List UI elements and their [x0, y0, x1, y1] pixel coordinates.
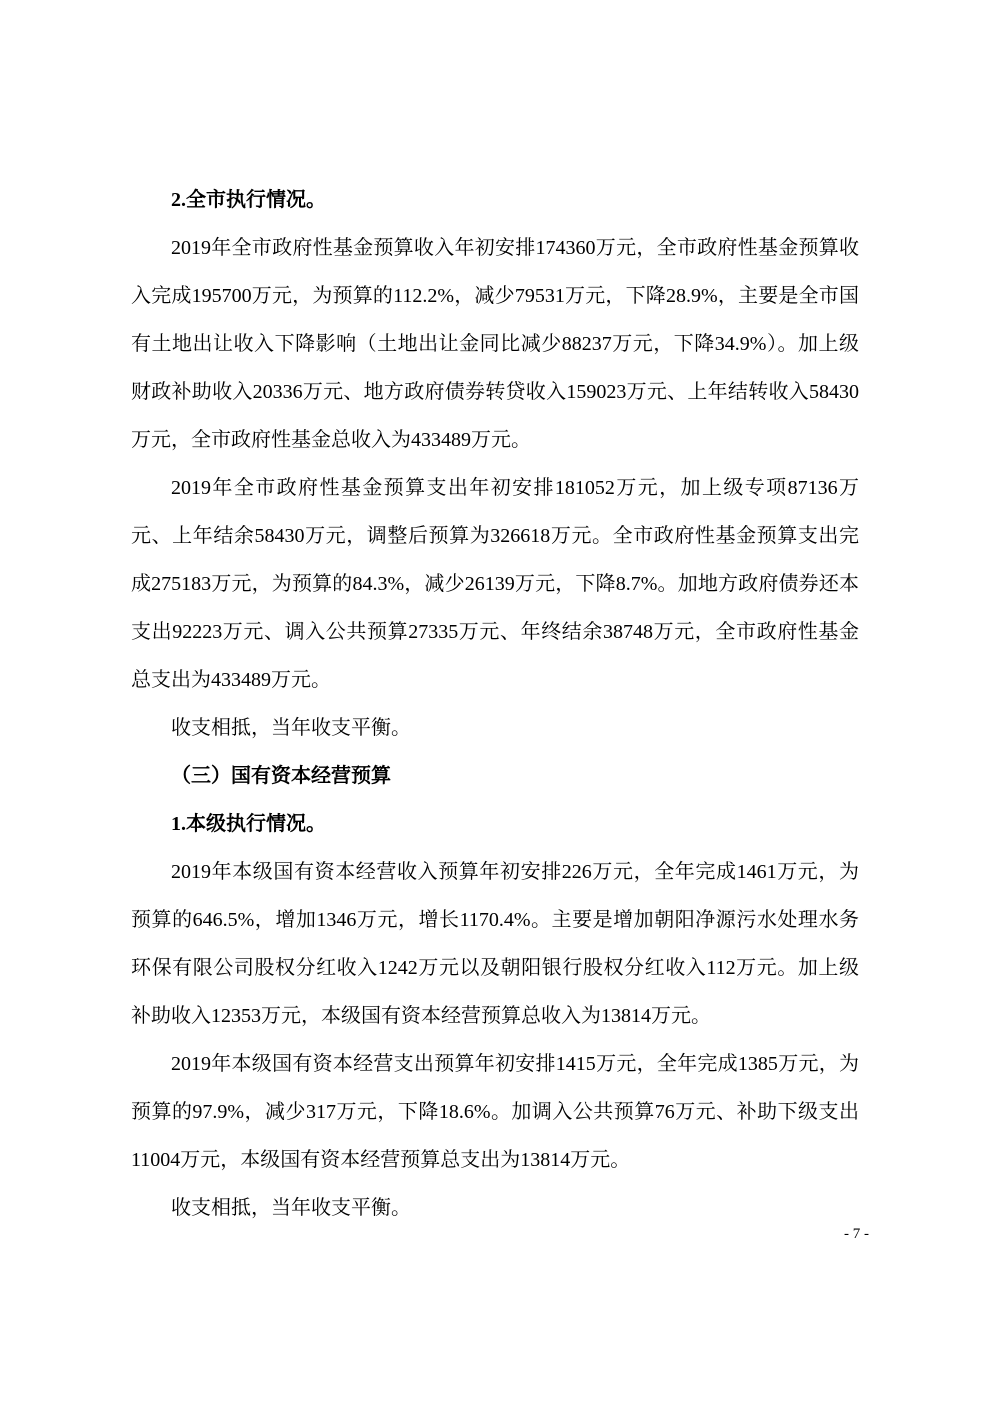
- paragraph-balance-statement-1: 收支相抵，当年收支平衡。: [131, 704, 859, 752]
- paragraph-state-capital-revenue: 2019年本级国有资本经营收入预算年初安排226万元，全年完成1461万元，为预…: [131, 848, 859, 1040]
- heading-local-execution: 1.本级执行情况。: [131, 800, 859, 848]
- heading-state-capital-budget: （三）国有资本经营预算: [131, 752, 859, 800]
- paragraph-state-capital-expenditure: 2019年本级国有资本经营支出预算年初安排1415万元，全年完成1385万元，为…: [131, 1040, 859, 1184]
- paragraph-citywide-fund-revenue: 2019年全市政府性基金预算收入年初安排174360万元，全市政府性基金预算收入…: [131, 224, 859, 464]
- heading-citywide-execution: 2.全市执行情况。: [131, 176, 859, 224]
- document-body: 2.全市执行情况。 2019年全市政府性基金预算收入年初安排174360万元，全…: [131, 176, 859, 1232]
- paragraph-citywide-fund-expenditure: 2019年全市政府性基金预算支出年初安排181052万元，加上级专项87136万…: [131, 464, 859, 704]
- document-page: 2.全市执行情况。 2019年全市政府性基金预算收入年初安排174360万元，全…: [0, 0, 991, 1403]
- page-number: - 7 -: [131, 1224, 869, 1244]
